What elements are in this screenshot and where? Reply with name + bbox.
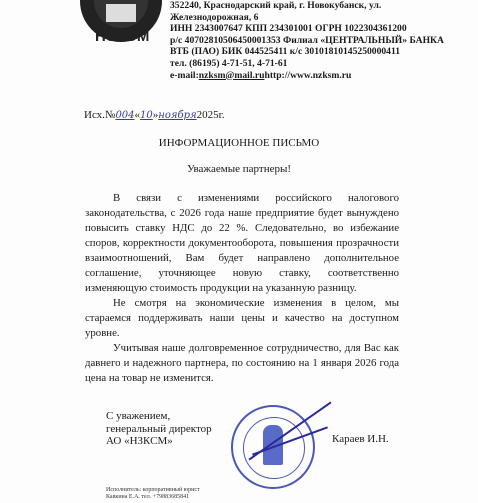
signer-name: Караев И.Н. [332, 433, 389, 445]
logo-text: НЗКСМ [95, 28, 150, 45]
signature-block: С уважением, генеральный директор АО «НЗ… [106, 410, 212, 448]
reference-label: Исх.№ [84, 109, 115, 121]
executor-title: Исполнитель: корпоративный юрист [106, 487, 200, 494]
greeting: Уважаемые партнеры! [0, 163, 478, 175]
paragraph-prices: Не смотря на экономические изменения в ц… [85, 296, 399, 341]
paragraph-partner-offer: Учитывая наше долговременное сотрудничес… [85, 341, 399, 386]
bank-account: р/с 40702810506450001353 Филиал «ЦЕНТРАЛ… [170, 35, 444, 47]
email-link[interactable]: nzksm@mail.ru [199, 70, 265, 81]
address-line-1: 352240, Краснодарский край, г. Новокубан… [170, 0, 444, 12]
paragraph-vat-change: В связи с изменениями российского налого… [85, 191, 399, 296]
reference-month: ноября [158, 110, 196, 121]
closing: С уважением, [106, 410, 212, 423]
address-line-2: Железнодорожная, 6 [170, 12, 444, 24]
reference-number: 004 [115, 110, 134, 121]
reference-year: 2025г. [197, 109, 225, 121]
logo-building-icon [106, 4, 136, 22]
company-name: АО «НЗКСМ» [106, 435, 212, 448]
outgoing-reference: Исх.№004«10»ноября2025г. [84, 109, 225, 121]
letter-body: В связи с изменениями российского налого… [85, 191, 399, 386]
website-link[interactable]: http://www.nzksm.ru [264, 70, 351, 81]
email-label: e-mail: [170, 70, 199, 81]
phone: тел. (86195) 4-71-51, 4-71-61 [170, 58, 444, 70]
letter-title: ИНФОРМАЦИОННОЕ ПИСЬМО [0, 137, 478, 149]
tax-ids: ИНН 2343007647 КПП 234301001 ОГРН 102230… [170, 23, 444, 35]
executor-info: Исполнитель: корпоративный юрист Кавкина… [106, 487, 200, 501]
contacts: e-mail:nzksm@mail.ruhttp://www.nzksm.ru [170, 70, 444, 82]
letterhead-details: 352240, Краснодарский край, г. Новокубан… [170, 0, 444, 81]
bank-details: ВТБ (ПАО) БИК 044525411 к/с 301018101452… [170, 46, 444, 58]
signer-position: генеральный директор [106, 423, 212, 436]
reference-day: 10 [140, 110, 153, 121]
executor-contact: Кавкина Е.А. тел. +79883685841 [106, 494, 200, 501]
